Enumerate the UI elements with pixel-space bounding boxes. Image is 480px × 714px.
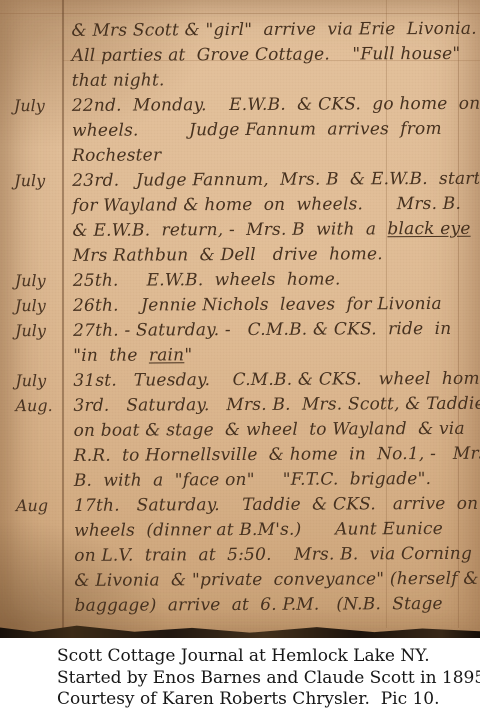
journal-date: July	[0, 96, 61, 121]
journal-handwriting: & Mrs Scott & "girl" arrive via Erie Liv…	[0, 19, 480, 622]
journal-text: Rochester	[61, 144, 479, 171]
screenshot: & Mrs Scott & "girl" arrive via Erie Liv…	[0, 0, 480, 714]
journal-line: B. with a "face on" "F.T.C. brigade".	[1, 469, 480, 497]
journal-line: & E.W.B. return, - Mrs. B with a black e…	[0, 219, 480, 247]
journal-text: 17th. Saturday. Taddie & CKS. arrive on	[63, 494, 480, 521]
journal-text: for Wayland & home on wheels. Mrs. B.	[61, 194, 479, 221]
journal-text: 23rd. Judge Fannum, Mrs. B & E.W.B. star…	[61, 169, 479, 196]
journal-date	[1, 421, 63, 446]
journal-date	[0, 46, 61, 71]
journal-line: July 22nd. Monday. E.W.B. & CKS. go home…	[0, 94, 479, 122]
journal-text: on boat & stage & wheel to Wayland & via	[63, 419, 480, 446]
journal-text: 27th. - Saturday. - C.M.B. & CKS. ride i…	[62, 319, 480, 346]
journal-date: July	[0, 271, 62, 296]
journal-line: July 25th. E.W.B. wheels home.	[0, 269, 480, 297]
caption-line: Courtesy of Karen Roberts Chrysler. Pic …	[57, 689, 480, 711]
journal-text: "in the rain"	[62, 344, 480, 371]
journal-date: Aug	[1, 496, 63, 521]
journal-text-segment: "in the	[73, 345, 149, 365]
journal-line: wheels. Judge Fannum arrives from	[0, 119, 479, 147]
journal-line: All parties at Grove Cottage. "Full hous…	[0, 44, 479, 72]
paper-crease-top	[0, 13, 480, 14]
journal-date	[0, 21, 61, 46]
journal-date	[1, 596, 63, 621]
journal-line: baggage) arrive at 6. P.M. (N.B. Stage	[1, 594, 480, 622]
journal-date	[1, 521, 63, 546]
journal-line: Aug. 3rd. Saturday. Mrs. B. Mrs. Scott, …	[0, 394, 480, 422]
journal-line: Mrs Rathbun & Dell drive home.	[0, 244, 480, 272]
journal-text: on L.V. train at 5:50. Mrs. B. via Corni…	[63, 544, 480, 571]
journal-date	[0, 346, 62, 371]
journal-date	[0, 71, 61, 96]
caption-line: Started by Enos Barnes and Claude Scott …	[57, 668, 480, 690]
journal-date	[0, 146, 61, 171]
journal-text-segment: "	[184, 345, 192, 365]
journal-text: wheels (dinner at B.M's.) Aunt Eunice	[63, 519, 480, 546]
journal-text: 31st. Tuesday. C.M.B. & CKS. wheel home.	[62, 369, 480, 396]
journal-line: wheels (dinner at B.M's.) Aunt Eunice	[1, 519, 480, 547]
journal-text: & E.W.B. return, - Mrs. B with a black e…	[61, 219, 479, 246]
journal-line: on boat & stage & wheel to Wayland & via	[1, 419, 480, 447]
journal-line: July 23rd. Judge Fannum, Mrs. B & E.W.B.…	[0, 169, 479, 197]
journal-line: for Wayland & home on wheels. Mrs. B.	[0, 194, 479, 222]
journal-text: & Livonia & "private conveyance" (hersel…	[63, 569, 480, 596]
journal-line: & Livonia & "private conveyance" (hersel…	[1, 569, 480, 597]
underlined-phrase: black eye	[387, 219, 470, 239]
journal-date: July	[0, 171, 61, 196]
journal-text: that night.	[61, 69, 479, 96]
journal-line: R.R. to Hornellsville & home in No.1, - …	[1, 444, 480, 472]
journal-text-segment: & E.W.B. return, - Mrs. B with a	[72, 219, 387, 241]
journal-line: "in the rain"	[0, 344, 480, 372]
underlined-phrase: rain	[149, 345, 185, 365]
journal-date	[0, 196, 61, 221]
journal-text: & Mrs Scott & "girl" arrive via Erie Liv…	[60, 19, 478, 46]
page-torn-edge	[0, 624, 480, 638]
journal-text: Mrs Rathbun & Dell drive home.	[62, 244, 480, 271]
journal-date: Aug.	[0, 396, 62, 421]
journal-date	[0, 121, 61, 146]
journal-text: 3rd. Saturday. Mrs. B. Mrs. Scott, & Tad…	[62, 394, 480, 421]
photo-caption: Scott Cottage Journal at Hemlock Lake NY…	[0, 638, 480, 714]
journal-line: Aug 17th. Saturday. Taddie & CKS. arrive…	[1, 494, 480, 522]
journal-date	[0, 221, 62, 246]
journal-date	[1, 471, 63, 496]
journal-text: 22nd. Monday. E.W.B. & CKS. go home on	[61, 94, 479, 121]
journal-photo: & Mrs Scott & "girl" arrive via Erie Liv…	[0, 0, 480, 638]
journal-line: & Mrs Scott & "girl" arrive via Erie Liv…	[0, 19, 479, 47]
journal-date: July	[0, 321, 62, 346]
journal-date: July	[0, 371, 62, 396]
journal-text: B. with a "face on" "F.T.C. brigade".	[63, 469, 480, 496]
journal-line: July 26th. Jennie Nichols leaves for Liv…	[0, 294, 480, 322]
caption-line: Scott Cottage Journal at Hemlock Lake NY…	[57, 646, 480, 668]
journal-text: All parties at Grove Cottage. "Full hous…	[61, 44, 479, 71]
journal-text: 25th. E.W.B. wheels home.	[62, 269, 480, 296]
journal-date	[1, 446, 63, 471]
journal-text: R.R. to Hornellsville & home in No.1, - …	[63, 444, 480, 471]
journal-line: that night.	[0, 69, 479, 97]
journal-text: baggage) arrive at 6. P.M. (N.B. Stage	[63, 594, 480, 621]
journal-line: July 31st. Tuesday. C.M.B. & CKS. wheel …	[0, 369, 480, 397]
journal-date: July	[0, 296, 62, 321]
journal-date	[0, 246, 62, 271]
journal-line: on L.V. train at 5:50. Mrs. B. via Corni…	[1, 544, 480, 572]
journal-date	[1, 546, 63, 571]
journal-text: wheels. Judge Fannum arrives from	[61, 119, 479, 146]
journal-line: July 27th. - Saturday. - C.M.B. & CKS. r…	[0, 319, 480, 347]
journal-line: Rochester	[0, 144, 479, 172]
journal-date	[1, 571, 63, 596]
journal-text: 26th. Jennie Nichols leaves for Livonia	[62, 294, 480, 321]
